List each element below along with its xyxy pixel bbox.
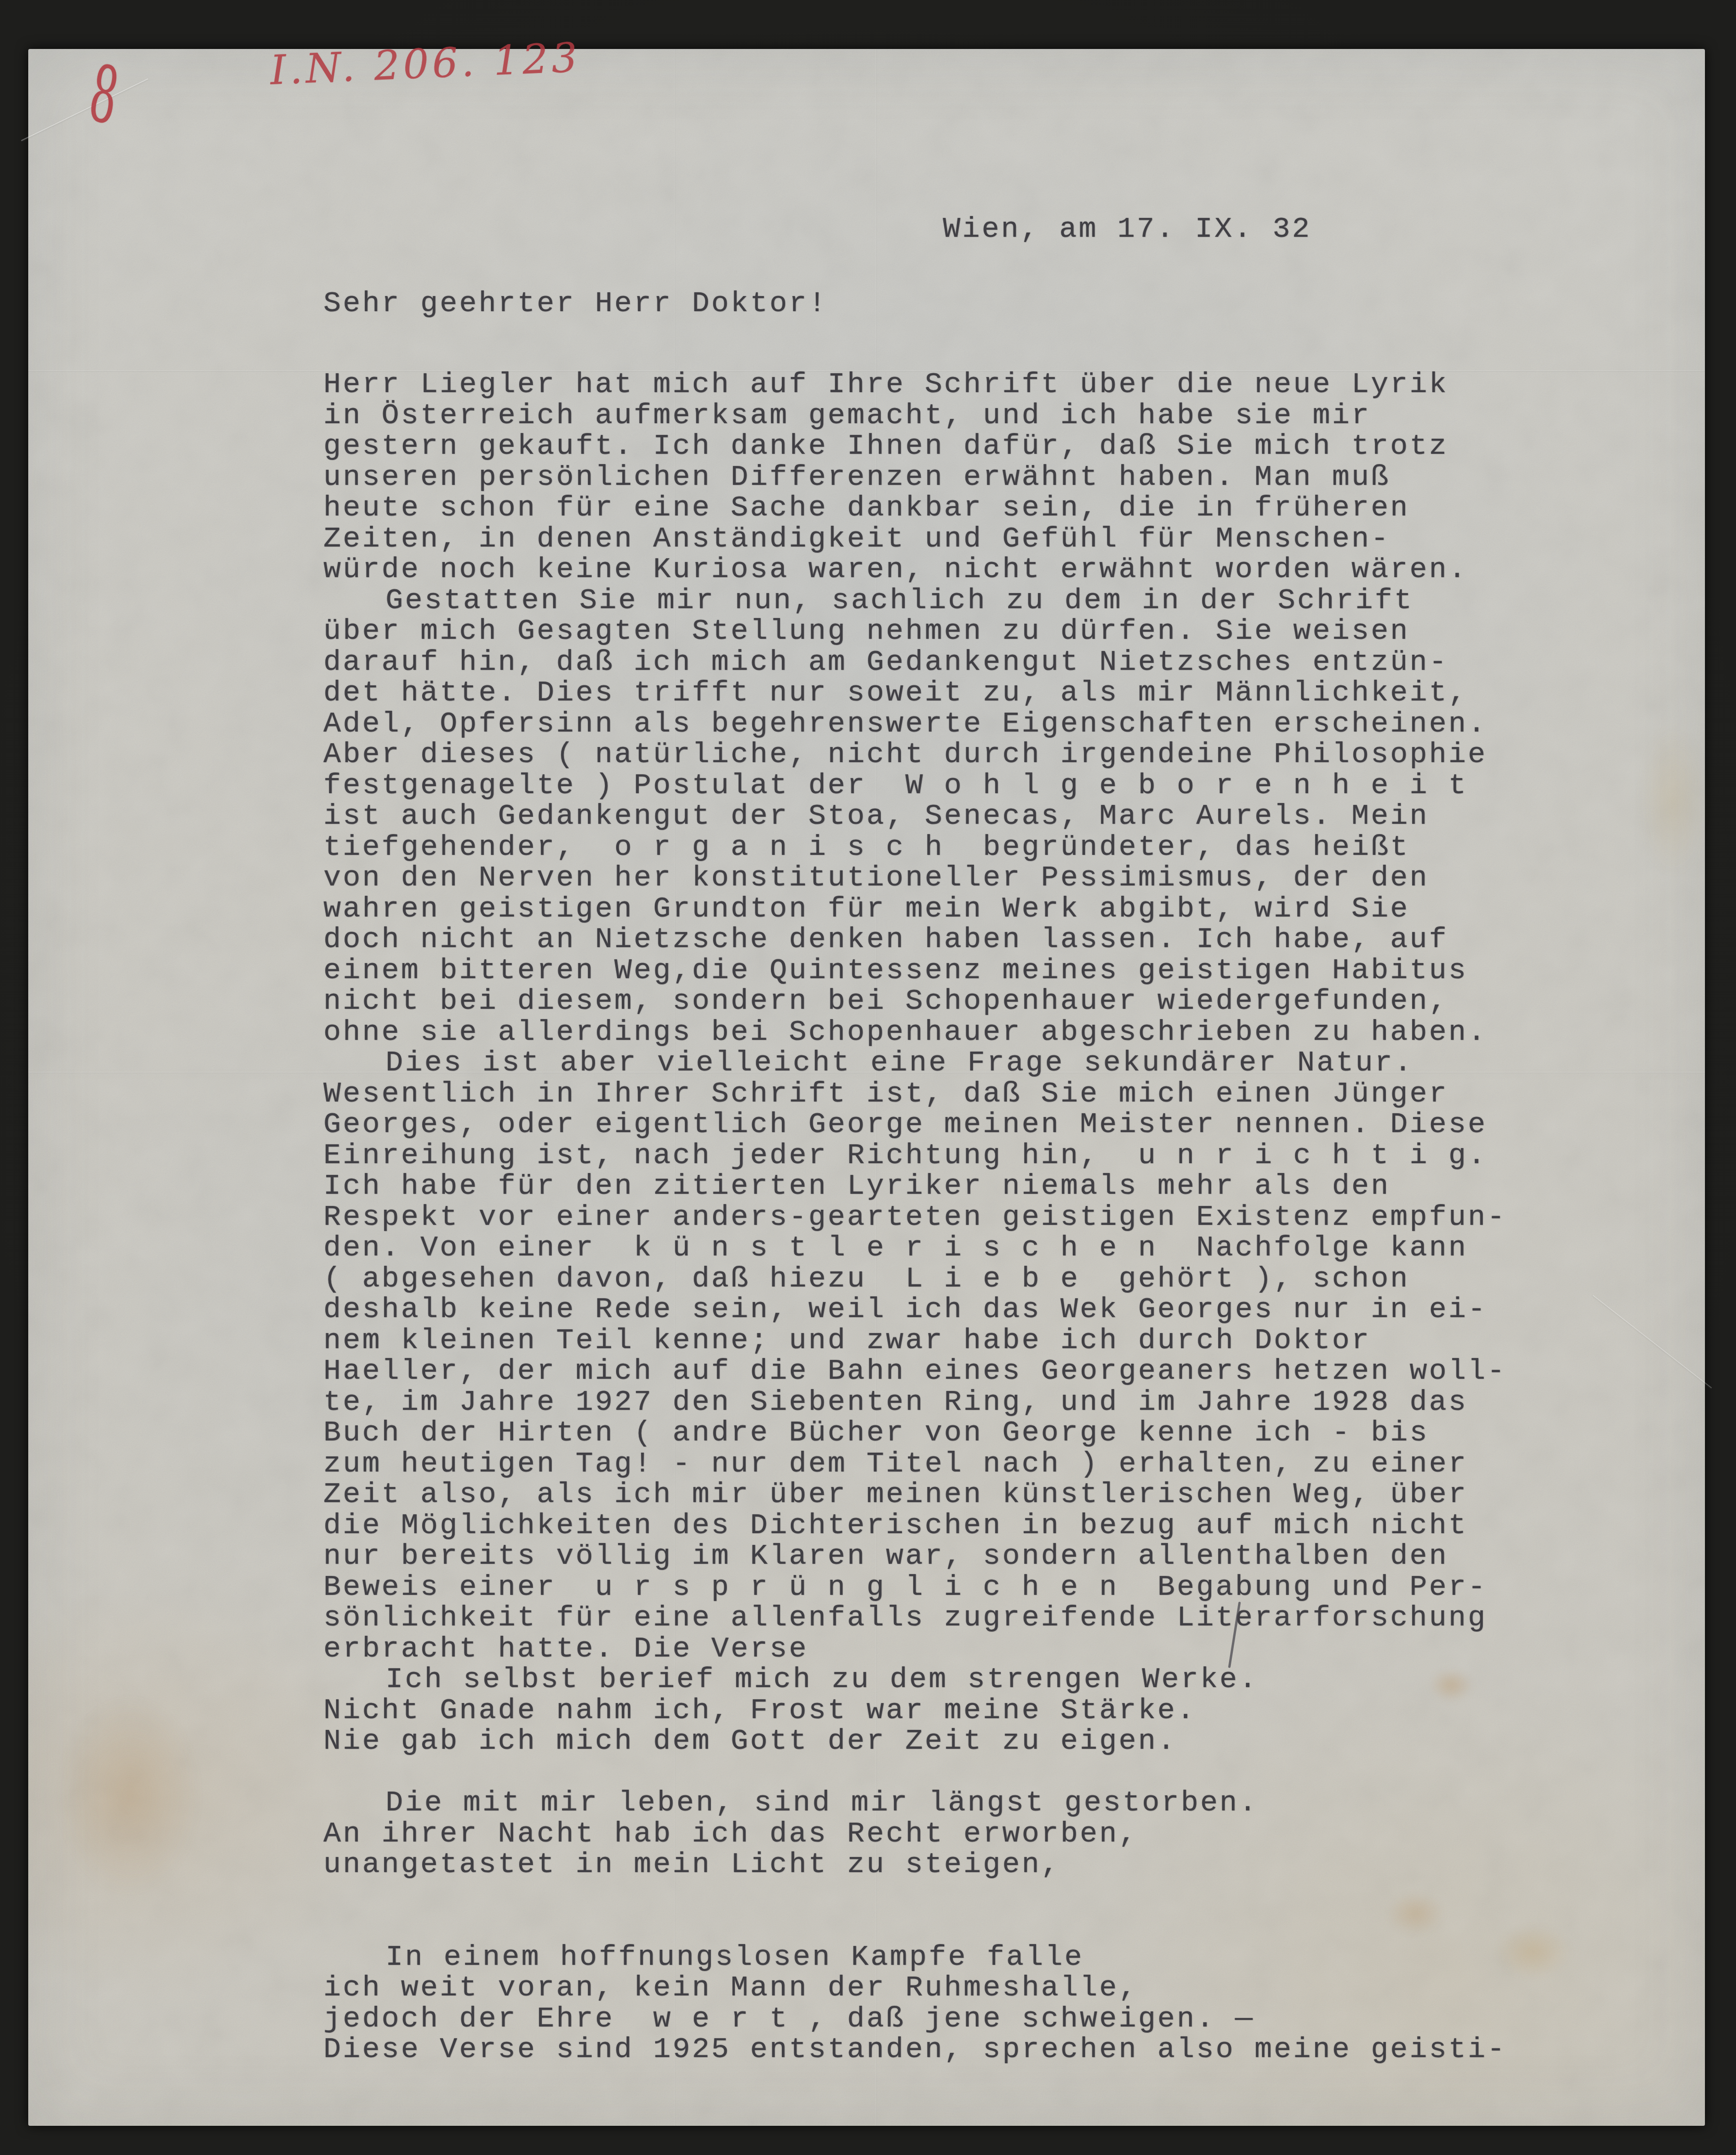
handwritten-inventory-number: I.N. 206. 123 — [269, 34, 581, 94]
body-line: Haeller, der mich auf die Bahn eines Geo… — [323, 1356, 1507, 1387]
edge-wrinkle — [1592, 1295, 1712, 1389]
edge-discoloration — [1638, 722, 1709, 877]
body-line: würde noch keine Kuriosa waren, nicht er… — [323, 554, 1507, 585]
fingerprint-stain — [56, 1694, 202, 1897]
body-line: nur bereits völlig im Klaren war, sonder… — [323, 1541, 1507, 1572]
letter-salutation: Sehr geehrter Herr Doktor! — [323, 287, 828, 320]
body-line: Nicht Gnade nahm ich, Frost war meine St… — [323, 1695, 1507, 1726]
body-line: Beweis einer u r s p r ü n g l i c h e n… — [323, 1572, 1507, 1603]
body-line: erbracht hatte. Die Verse — [323, 1633, 1507, 1664]
body-line: zum heutigen Tag! - nur dem Titel nach )… — [323, 1448, 1507, 1480]
body-line: Dies ist aber vielleicht eine Frage seku… — [323, 1047, 1507, 1078]
body-line: in Österreich aufmerksam gemacht, und ic… — [323, 400, 1507, 431]
body-line: unangetastet in mein Licht zu steigen, — [323, 1849, 1507, 1880]
body-line: wahren geistigen Grundton für mein Werk … — [323, 893, 1507, 925]
body-line: det hätte. Dies trifft nur soweit zu, al… — [323, 677, 1507, 708]
corner-crease — [21, 78, 149, 141]
body-line: Wesentlich in Ihrer Schrift ist, daß Sie… — [323, 1078, 1507, 1110]
body-line — [323, 1911, 1507, 1942]
body-line: Herr Liegler hat mich auf Ihre Schrift ü… — [323, 369, 1507, 400]
body-line: sönlichkeit für eine allenfalls zugreife… — [323, 1602, 1507, 1633]
letter-dateline: Wien, am 17. IX. 32 — [943, 212, 1311, 246]
body-line — [323, 1880, 1507, 1911]
body-line: Ich selbst berief mich zu dem strengen W… — [323, 1664, 1507, 1695]
body-line — [323, 1757, 1507, 1788]
body-line: An ihrer Nacht hab ich das Recht erworbe… — [323, 1818, 1507, 1849]
body-line: heute schon für eine Sache dankbar sein,… — [323, 492, 1507, 523]
body-line: jedoch der Ehre w e r t , daß jene schwe… — [323, 2003, 1507, 2034]
body-line: über mich Gesagten Stellung nehmen zu dü… — [323, 616, 1507, 647]
body-line: nicht bei diesem, sondern bei Schopenhau… — [323, 986, 1507, 1017]
body-line: ist auch Gedankengut der Stoa, Senecas, … — [323, 801, 1507, 832]
body-line: festgenagelte ) Postulat der W o h l g e… — [323, 770, 1507, 801]
body-line: Nie gab ich mich dem Gott der Zeit zu ei… — [323, 1726, 1507, 1757]
body-line: darauf hin, daß ich mich am Gedankengut … — [323, 647, 1507, 678]
body-line: Zeiten, in denen Anständigkeit und Gefüh… — [323, 523, 1507, 555]
letter-page: 8 I.N. 206. 123 Wien, am 17. IX. 32 Sehr… — [28, 49, 1705, 2126]
handwritten-page-number: 8 — [88, 46, 121, 144]
body-line: deshalb keine Rede sein, weil ich das We… — [323, 1294, 1507, 1325]
body-line: ohne sie allerdings bei Schopenhauer abg… — [323, 1017, 1507, 1048]
body-line: Einreihung ist, nach jeder Richtung hin,… — [323, 1140, 1507, 1171]
body-line: Die mit mir leben, sind mir längst gesto… — [323, 1787, 1507, 1818]
body-line: Respekt vor einer anders-gearteten geist… — [323, 1202, 1507, 1233]
letter-body: Herr Liegler hat mich auf Ihre Schrift ü… — [323, 369, 1507, 2065]
body-line: nem kleinen Teil kenne; und zwar habe ic… — [323, 1325, 1507, 1356]
body-line: den. Von einer k ü n s t l e r i s c h e… — [323, 1232, 1507, 1263]
body-line: einem bitteren Weg,die Quintessenz meine… — [323, 955, 1507, 986]
body-line: Gestatten Sie mir nun, sachlich zu dem i… — [323, 585, 1507, 616]
body-line: Georges, oder eigentlich George meinen M… — [323, 1109, 1507, 1140]
body-line: ( abgesehen davon, daß hiezu L i e b e g… — [323, 1263, 1507, 1295]
body-line: Ich habe für den zitierten Lyriker niema… — [323, 1171, 1507, 1202]
body-line: doch nicht an Nietzsche denken haben las… — [323, 924, 1507, 955]
body-line: tiefgehender, o r g a n i s c h begründe… — [323, 832, 1507, 863]
scanner-background: 8 I.N. 206. 123 Wien, am 17. IX. 32 Sehr… — [0, 0, 1736, 2155]
body-line: Buch der Hirten ( andre Bücher von Georg… — [323, 1417, 1507, 1448]
body-line: In einem hoffnungslosen Kampfe falle — [323, 1942, 1507, 1973]
body-line: die Möglichkeiten des Dichterischen in b… — [323, 1510, 1507, 1541]
body-line: gestern gekauft. Ich danke Ihnen dafür, … — [323, 431, 1507, 462]
body-line: Diese Verse sind 1925 entstanden, sprech… — [323, 2034, 1507, 2065]
body-line: Zeit also, als ich mir über meinen künst… — [323, 1479, 1507, 1510]
body-line: te, im Jahre 1927 den Siebenten Ring, un… — [323, 1387, 1507, 1418]
body-line: von den Nerven her konstitutioneller Pes… — [323, 862, 1507, 893]
body-line: Aber dieses ( natürliche, nicht durch ir… — [323, 739, 1507, 770]
body-line: Adel, Opfersinn als begehrenswerte Eigen… — [323, 708, 1507, 740]
body-line: ich weit voran, kein Mann der Ruhmeshall… — [323, 1972, 1507, 2003]
body-line: unseren persönlichen Differenzen erwähnt… — [323, 462, 1507, 493]
